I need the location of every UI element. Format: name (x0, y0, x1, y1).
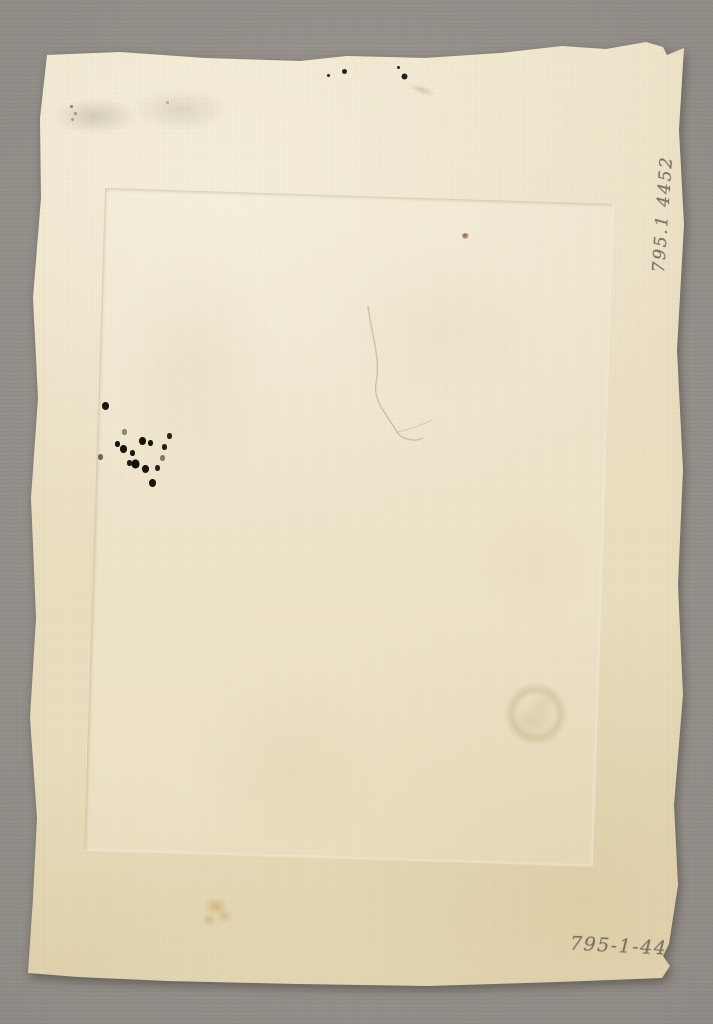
inventory-number-vertical: 795.1 4452 (649, 155, 677, 273)
foxing-stain-bottom (196, 893, 240, 931)
stain-streak-top (403, 79, 441, 102)
photo-backdrop: 795.1 4452 795-1-4452. (0, 0, 713, 1024)
inventory-number-bottom: 795-1-4452. (570, 933, 703, 962)
ink-offset-specks (70, 105, 73, 108)
ink-specks-cluster (115, 441, 120, 447)
ink-specks-top (327, 74, 330, 77)
paper-sheet-shadow: 795.1 4452 795-1-4452. (0, 0, 713, 1024)
paper-sheet: 795.1 4452 795-1-4452. (0, 0, 713, 1024)
plate-mark (84, 188, 613, 866)
ink-offset-smudge (55, 82, 235, 144)
stamp-ghost (503, 681, 569, 747)
foxing-spot (462, 233, 469, 239)
